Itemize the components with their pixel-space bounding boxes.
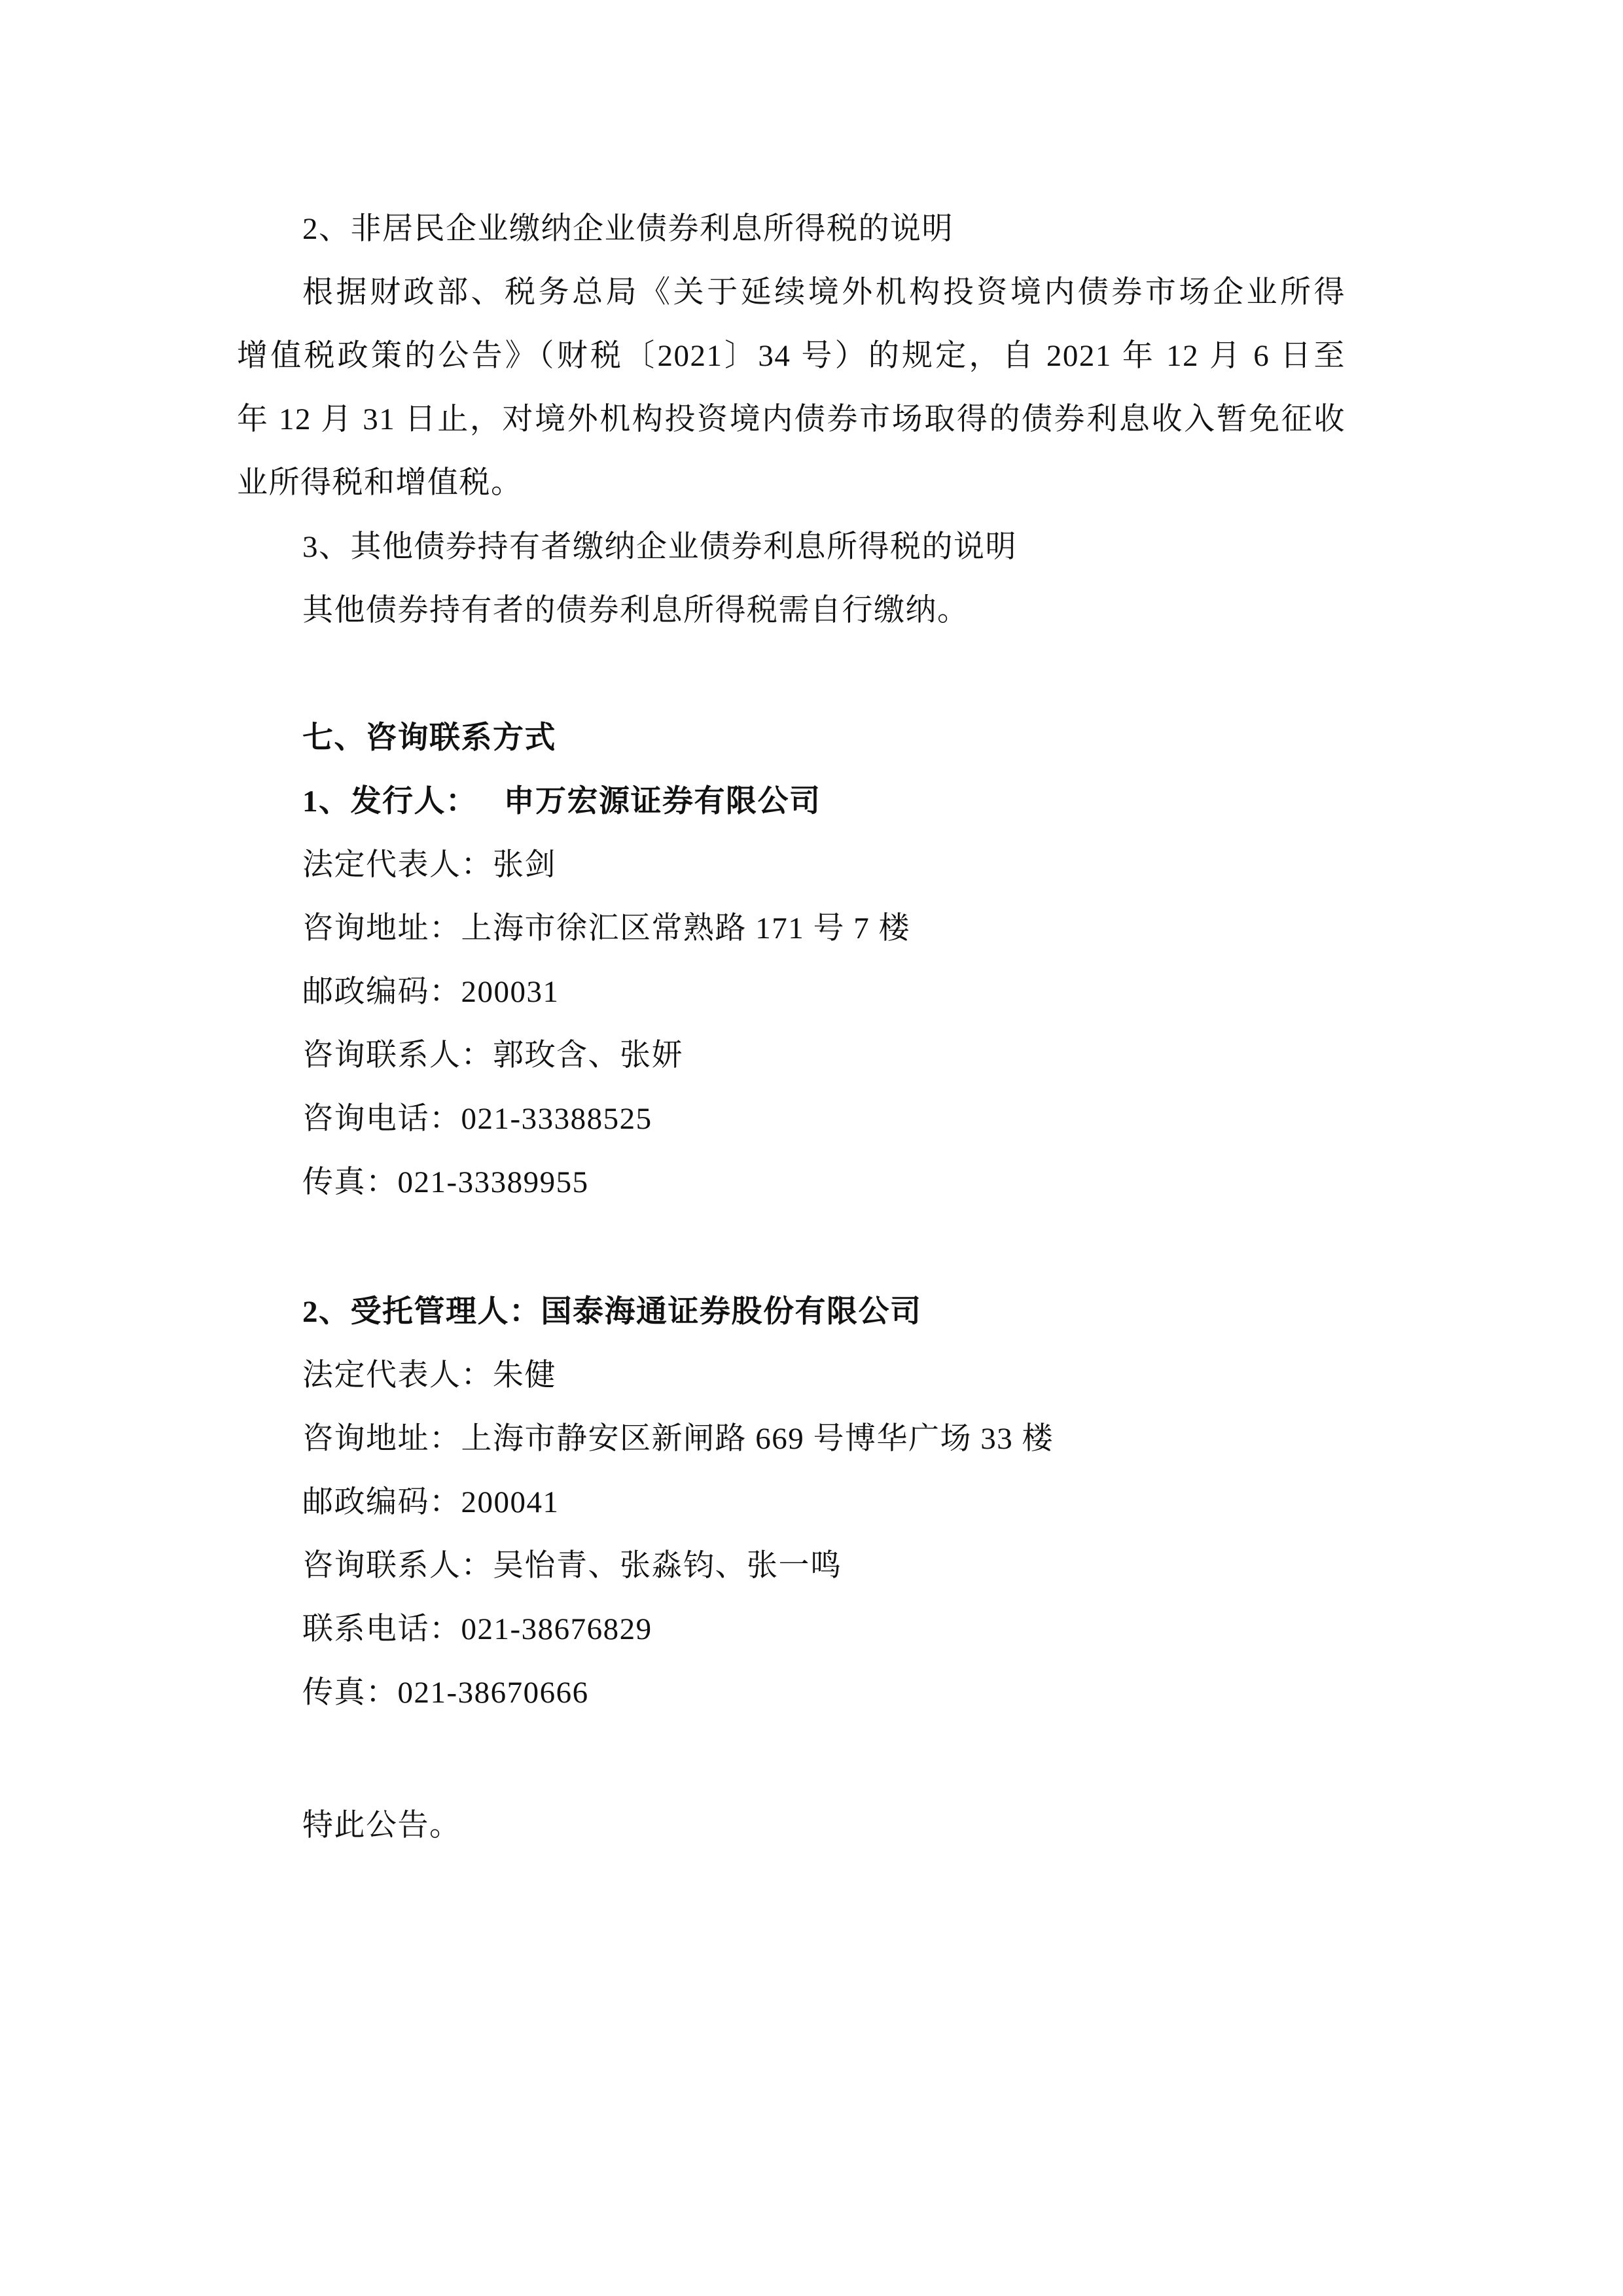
trustee-label: 2、受托管理人： [302, 1295, 541, 1329]
issuer-address: 咨询地址：上海市徐汇区常熟路 171 号 7 楼 [302, 909, 1346, 948]
issuer-label: 1、发行人： [302, 785, 478, 819]
trustee-phone: 联系电话：021-38676829 [302, 1610, 1346, 1649]
trustee-postcode: 邮政编码：200041 [302, 1483, 1346, 1522]
issuer-phone: 咨询电话：021-33388525 [302, 1099, 1346, 1139]
issuer-postcode: 邮政编码：200031 [302, 972, 1346, 1012]
issuer-heading: 1、发行人：申万宏源证券有限公司 [302, 782, 1346, 821]
item2-paragraph-line-3: 年 12 月 31 日止，对境外机构投资境内债券市场取得的债券利息收入暂免征收企 [237, 400, 1346, 439]
item2-paragraph-line-1: 根据财政部、税务总局《关于延续境外机构投资境内债券市场企业所得税、 [302, 273, 1346, 312]
item3-paragraph-line-1: 其他债券持有者的债券利息所得税需自行缴纳。 [302, 591, 1346, 630]
trustee-contacts: 咨询联系人：吴怡青、张淼钧、张一鸣 [302, 1546, 1346, 1585]
contact-section-heading: 七、咨询联系方式 [302, 718, 1346, 758]
trustee-legal-rep: 法定代表人：朱健 [302, 1356, 1346, 1395]
issuer-name: 申万宏源证券有限公司 [504, 785, 821, 819]
trustee-address: 咨询地址：上海市静安区新闸路 669 号博华广场 33 楼 [302, 1419, 1346, 1458]
trustee-name: 国泰海通证券股份有限公司 [541, 1295, 922, 1329]
issuer-legal-rep: 法定代表人：张剑 [302, 845, 1346, 885]
item3-heading: 3、其他债券持有者缴纳企业债券利息所得税的说明 [302, 527, 1346, 567]
trustee-heading: 2、受托管理人：国泰海通证券股份有限公司 [302, 1292, 1346, 1332]
item2-paragraph-line-2: 增值税政策的公告》（财税〔2021〕34 号）的规定，自 2021 年 12 月… [237, 336, 1346, 376]
item2-paragraph-line-4: 业所得税和增值税。 [237, 463, 1346, 503]
issuer-fax: 传真：021-33389955 [302, 1163, 1346, 1202]
document-page: 2、非居民企业缴纳企业债券利息所得税的说明 根据财政部、税务总局《关于延续境外机… [0, 0, 1623, 2296]
issuer-contacts: 咨询联系人：郭玫含、张妍 [302, 1036, 1346, 1075]
trustee-fax: 传真：021-38670666 [302, 1673, 1346, 1712]
item2-heading: 2、非居民企业缴纳企业债券利息所得税的说明 [302, 209, 1346, 249]
closing-statement: 特此公告。 [302, 1806, 1346, 1845]
